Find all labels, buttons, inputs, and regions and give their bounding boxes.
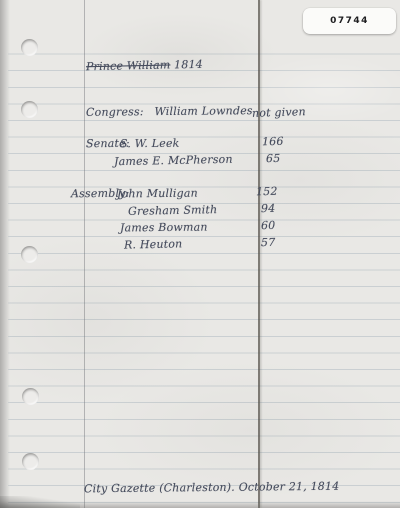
- vote-count: 60: [261, 219, 276, 232]
- title-year: 1814: [174, 58, 203, 72]
- candidate-name: Gresham Smith: [128, 203, 218, 218]
- punch-hole: [21, 246, 38, 263]
- congress-row: Congress: William Lowndes: [86, 104, 253, 119]
- scan-edge-left: [0, 0, 10, 508]
- binder-fold-line: [258, 0, 260, 508]
- vote-count: 152: [256, 185, 278, 198]
- congress-result: not given: [252, 105, 306, 120]
- punch-hole: [21, 39, 38, 56]
- vote-count: 166: [262, 135, 284, 148]
- candidate-name: James Bowman: [120, 221, 208, 235]
- margin-rule-line: [84, 0, 85, 508]
- punch-hole: [22, 388, 39, 405]
- punch-hole: [21, 101, 38, 118]
- title-line: Prince William 1814: [86, 58, 203, 73]
- vote-count: 65: [266, 152, 281, 165]
- vote-count: 57: [261, 236, 276, 249]
- catalog-sticker: 07744: [303, 8, 396, 34]
- catalog-number: 07744: [330, 16, 369, 26]
- candidate-name: James E. McPherson: [114, 153, 233, 168]
- punch-hole: [22, 453, 39, 470]
- citation-line: City Gazette (Charleston). October 21, 1…: [84, 480, 339, 496]
- candidate-name: John Mulligan: [117, 187, 198, 201]
- vote-count: 94: [261, 202, 276, 215]
- congress-label: Congress:: [86, 105, 144, 119]
- candidate-name: R. Heuton: [124, 237, 183, 251]
- candidate-name: S. W. Leek: [120, 137, 180, 151]
- congress-candidate: William Lowndes: [154, 104, 252, 118]
- scanned-page: 07744 Prince William 1814 Congress: Will…: [0, 0, 400, 508]
- title-parish-name: Prince William: [86, 58, 171, 73]
- scan-shadow-corner: [0, 496, 80, 508]
